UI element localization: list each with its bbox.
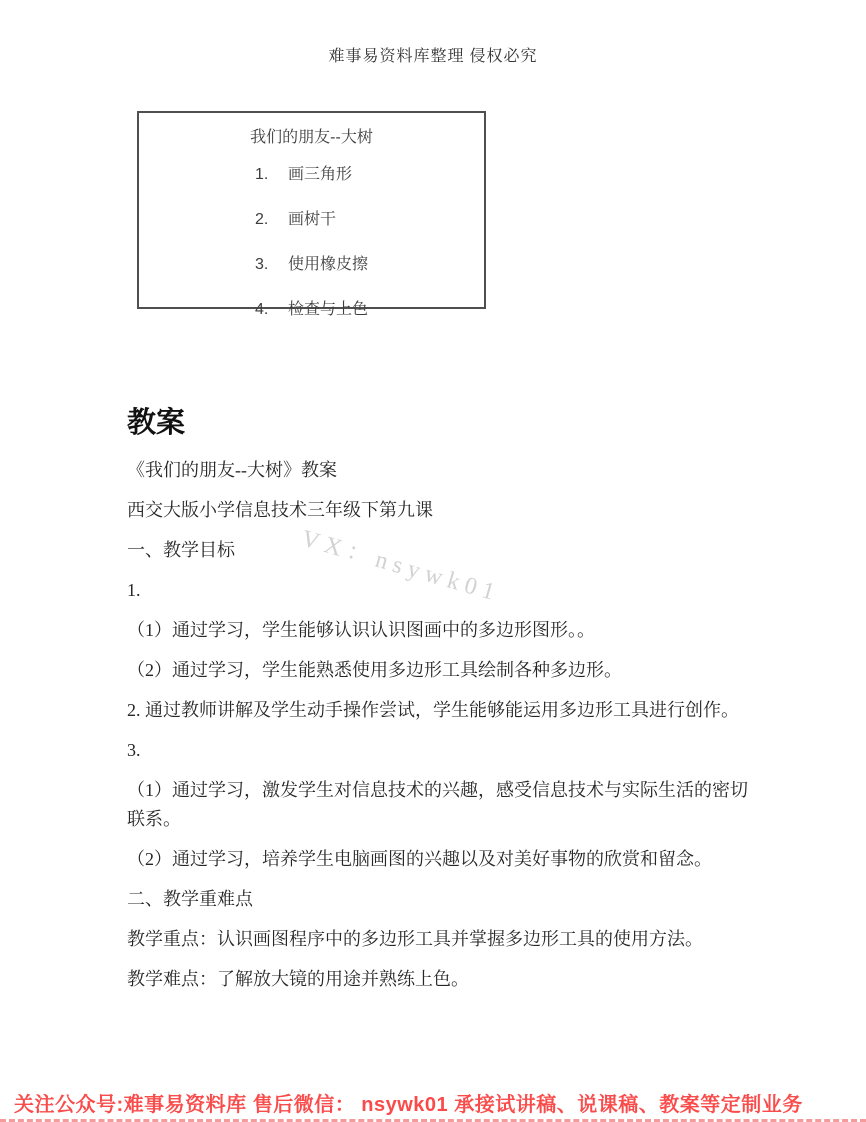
document-body: 教案 《我们的朋友--大树》教案 西交大版小学信息技术三年级下第九课 一、教学目… (127, 404, 759, 1005)
outline-item-number: 3. (255, 255, 288, 275)
outline-item-number: 1. (255, 165, 288, 185)
footer-banner: 关注公众号:难事易资料库 售后微信： nsywk01 承接试讲稿、说课稿、教案等… (0, 1093, 866, 1122)
outline-item: 2.画树干 (139, 210, 484, 230)
outline-item: 4.检查与上色 (139, 300, 484, 320)
doc-paragraph: 教学难点：了解放大镜的用途并熟练上色。 (127, 965, 759, 994)
lesson-outline-box: 我们的朋友--大树 1.画三角形 2.画树干 3.使用橡皮擦 4.检查与上色 (137, 111, 486, 309)
outline-list: 1.画三角形 2.画树干 3.使用橡皮擦 4.检查与上色 (139, 165, 484, 320)
document-page: 难事易资料库整理 侵权必究 我们的朋友--大树 1.画三角形 2.画树干 3.使… (0, 0, 866, 1122)
doc-paragraph: 2. 通过教师讲解及学生动手操作尝试，学生能够能运用多边形工具进行创作。 (127, 696, 759, 725)
doc-paragraph: 二、教学重难点 (127, 885, 759, 914)
doc-paragraph: （2）通过学习，培养学生电脑画图的兴趣以及对美好事物的欣赏和留念。 (127, 845, 759, 874)
doc-paragraph: 《我们的朋友--大树》教案 (127, 456, 759, 485)
doc-paragraph: 1. (127, 576, 759, 605)
outline-item-label: 画三角形 (288, 166, 352, 183)
doc-paragraph: 3. (127, 736, 759, 765)
outline-item-label: 检查与上色 (288, 301, 368, 318)
footer-text: 关注公众号:难事易资料库 售后微信： nsywk01 承接试讲稿、说课稿、教案等… (14, 1094, 803, 1116)
outline-item: 1.画三角形 (139, 165, 484, 185)
outline-item-label: 画树干 (288, 211, 336, 228)
doc-paragraph: 教学重点：认识画图程序中的多边形工具并掌握多边形工具的使用方法。 (127, 925, 759, 954)
doc-paragraph: （1）通过学习，激发学生对信息技术的兴趣，感受信息技术与实际生活的密切联系。 (127, 776, 759, 834)
outline-item-number: 2. (255, 210, 288, 230)
doc-paragraph: （2）通过学习，学生能熟悉使用多边形工具绘制各种多边形。 (127, 656, 759, 685)
page-title: 教案 (127, 404, 759, 442)
outline-item-number: 4. (255, 300, 288, 320)
doc-paragraph: （1）通过学习，学生能够认识认识图画中的多边形图形。。 (127, 616, 759, 645)
document-header: 难事易资料库整理 侵权必究 (0, 43, 866, 66)
doc-paragraph: 西交大版小学信息技术三年级下第九课 (127, 496, 759, 525)
doc-paragraph: 一、教学目标 (127, 536, 759, 565)
outline-item-label: 使用橡皮擦 (288, 256, 368, 273)
outline-title: 我们的朋友--大树 (139, 128, 484, 148)
outline-item: 3.使用橡皮擦 (139, 255, 484, 275)
